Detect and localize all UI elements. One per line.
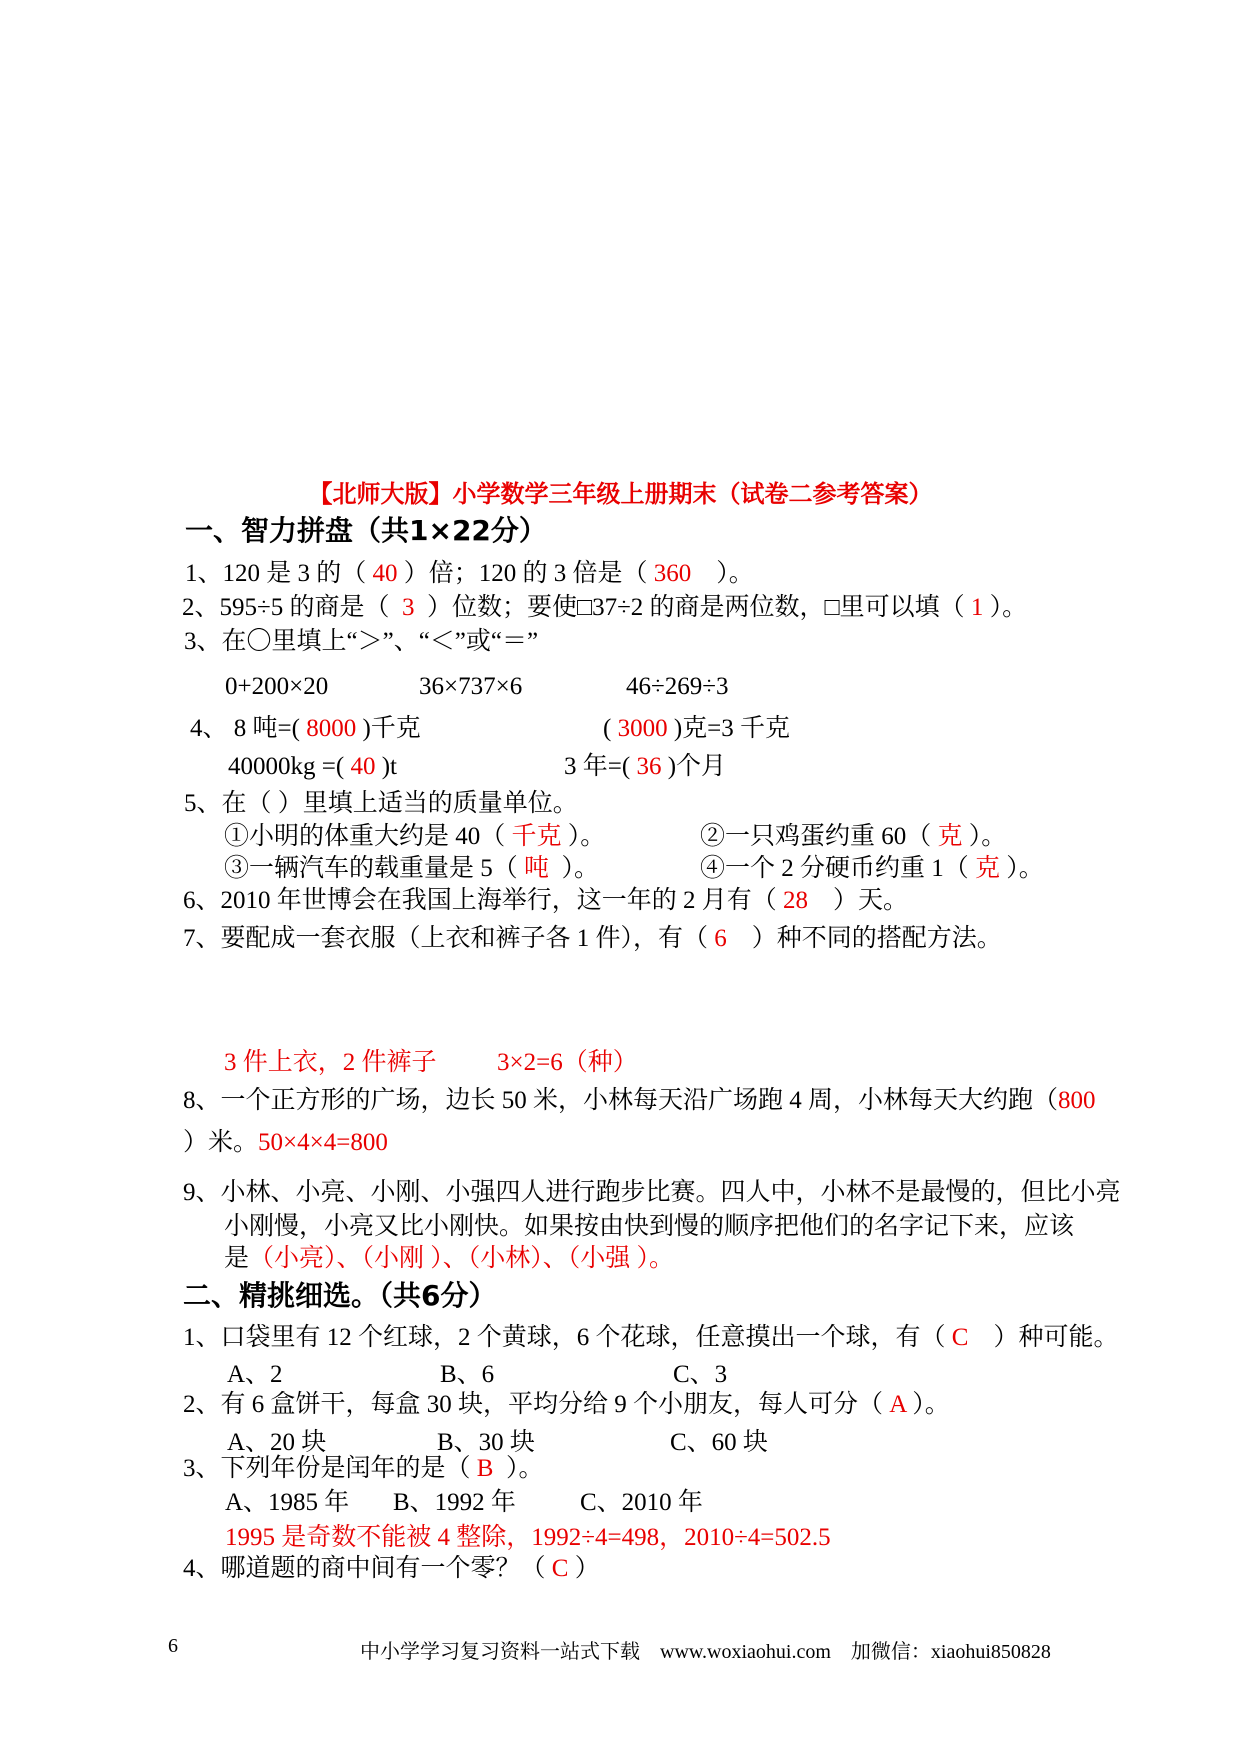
question-text: 6、2010 年世博会在我国上海举行，这一年的 2 月有（ [183,887,783,914]
question-9-line1: 9、小林、小亮、小刚、小强四人进行跑步比赛。四人中，小林不是最慢的，但比小亮 [183,1177,1121,1208]
question-text: 小刚慢，小亮又比小刚快。如果按由快到慢的顺序把他们的名字记下来，应该 [224,1213,1074,1240]
question-text: ）位数；要使□37÷2 的商是两位数，□里可以填（ [414,594,970,621]
question-text: 4、 8 吨=( [190,715,306,742]
answer-text: 克 [975,855,1000,882]
question-3-expression-2: 36×737×6 [419,671,522,702]
section2-question-3: 3、下列年份是闰年的是（ B ）。 [183,1453,543,1484]
question-7-answer-col2: 3×2=6（种） [497,1047,638,1078]
question-text: ③一辆汽车的载重量是 5（ [224,855,524,882]
question-text: ）。 [906,1391,950,1418]
question-text: ）种可能。 [968,1324,1118,1351]
question-text: 1、120 是 3 的（ [185,560,373,587]
question-text: ）。 [493,1455,543,1482]
question-3-expression-3: 46÷269÷3 [626,671,728,702]
answer-text: 800 [1058,1087,1096,1114]
question-text: ）倍；120 的 3 倍是（ [398,560,654,587]
question-2: 2、595÷5 的商是（ 3 ）位数；要使□37÷2 的商是两位数，□里可以填（… [182,592,1027,623]
section2-question-1: 1、口袋里有 12 个红球，2 个黄球，6 个花球，任意摸出一个球，有（ C ）… [183,1322,1118,1353]
question-4-row1-col2: ( 3000 )克=3 千克 [603,713,790,744]
section2-question-4: 4、哪道题的商中间有一个零？（ C ） [183,1553,600,1584]
question-text: ）。 [691,560,754,587]
question-text: 40000kg =( [228,753,350,780]
section2-q1-option-a: A、2 [227,1359,283,1390]
answer-text: 3000 [618,715,668,742]
question-text: 5、在（ ）里填上适当的质量单位。 [184,790,578,817]
question-text: 7、要配成一套衣服（上衣和裤子各 1 件），有（ [183,925,714,952]
question-text: )千克 [356,715,421,742]
question-1: 1、120 是 3 的（ 40 ）倍；120 的 3 倍是（ 360 ）。 [185,558,754,589]
question-text: 3、下列年份是闰年的是（ [183,1455,477,1482]
answer-text: 28 [783,887,808,914]
question-text: ④一个 2 分硬币约重 1（ [700,855,975,882]
question-text: ）米。 [183,1129,258,1156]
question-3: 3、在〇里填上“＞”、“＜”或“＝” [184,626,538,657]
answer-text: 6 [714,925,727,952]
question-text: )克=3 千克 [668,715,790,742]
answer-text: 40 [350,753,375,780]
section2-q2-option-c: C、60 块 [670,1427,768,1458]
section2-q3-option-b: B、1992 年 [393,1487,516,1518]
answer-text: 3×2=6（种） [497,1049,638,1076]
question-text: 2、595÷5 的商是（ [182,594,402,621]
question-text: 4、哪道题的商中间有一个零？（ [183,1555,552,1582]
question-5-item3: ③一辆汽车的载重量是 5（ 吨 ）。 [224,853,599,884]
question-4-row1-col1: 4、 8 吨=( 8000 )千克 [190,713,421,744]
answer-text: 吨 [524,855,549,882]
section1-heading: 一、智力拼盘（共1×22分） [185,509,547,549]
question-text: ①小明的体重大约是 40（ [224,823,512,850]
question-7: 7、要配成一套衣服（上衣和裤子各 1 件），有（ 6 ）种不同的搭配方法。 [183,923,1002,954]
question-9-line2: 小刚慢，小亮又比小刚快。如果按由快到慢的顺序把他们的名字记下来，应该 [224,1211,1074,1242]
question-5-item4: ④一个 2 分硬币约重 1（ 克 ）。 [700,853,1044,884]
answer-text: 1995 是奇数不能被 4 整除，1992÷4=498，2010÷4=502.5 [225,1524,831,1551]
section2-q3-option-a: A、1985 年 [225,1487,349,1518]
question-text: ②一只鸡蛋约重 60（ [700,823,938,850]
question-4-row2-col2: 3 年=( 36 )个月 [564,751,726,782]
section2-q1-option-b: B、6 [440,1359,494,1390]
section2-q3-explanation: 1995 是奇数不能被 4 整除，1992÷4=498，2010÷4=502.5 [225,1522,831,1553]
section2-q3-option-c: C、2010 年 [580,1487,703,1518]
answer-text: A [889,1391,906,1418]
question-8-line1: 8、一个正方形的广场，边长 50 米，小林每天沿广场跑 4 周，小林每天大约跑（… [183,1085,1096,1116]
question-4-row2-col1: 40000kg =( 40 )t [228,751,397,782]
question-text: ）天。 [808,887,908,914]
question-text: 3、在〇里填上“＞”、“＜”或“＝” [184,628,538,655]
question-text: ）。 [963,823,1007,850]
answer-text: 千克 [512,823,562,850]
question-3-expression-1: 0+200×20 [225,671,328,702]
question-text: ( [603,715,618,742]
answer-text: C [552,1555,569,1582]
answer-text: 3 件上衣，2 件裤子 [224,1049,437,1076]
answer-text: 50×4×4=800 [258,1129,388,1156]
question-text: ） [568,1555,599,1582]
question-text: ）。 [549,855,599,882]
question-5-item2: ②一只鸡蛋约重 60（ 克 ）。 [700,821,1006,852]
footer-site-info: 中小学学习复习资料一站式下载 www.woxiaohui.com 加微信：xia… [360,1635,1051,1664]
answer-text: 40 [373,560,398,587]
question-text: 8、一个正方形的广场，边长 50 米，小林每天沿广场跑 4 周，小林每天大约跑（ [183,1087,1058,1114]
question-text: 3 年=( [564,753,636,780]
answer-text: C [952,1324,969,1351]
question-8-line2: ）米。50×4×4=800 [183,1127,388,1158]
question-text: )个月 [661,753,726,780]
question-text: ）。 [562,823,606,850]
answer-text: B [477,1455,494,1482]
question-text: 2、有 6 盒饼干，每盒 30 块，平均分给 9 个小朋友，每人可分（ [183,1391,889,1418]
answer-text: 8000 [306,715,356,742]
section2-question-2: 2、有 6 盒饼干，每盒 30 块，平均分给 9 个小朋友，每人可分（ A ）。 [183,1389,950,1420]
answer-text: 36 [636,753,661,780]
question-7-answer-col1: 3 件上衣，2 件裤子 [224,1047,437,1078]
exam-title: 【北师大版】小学数学三年级上册期末（试卷二参考答案） [0,474,1241,509]
question-9-line3: 是（小亮）、（小刚 ）、（小林）、（小强 ）。 [224,1243,674,1274]
question-text: 1、口袋里有 12 个红球，2 个黄球，6 个花球，任意摸出一个球，有（ [183,1324,952,1351]
exam-answer-page: 【北师大版】小学数学三年级上册期末（试卷二参考答案） 一、智力拼盘（共1×22分… [0,0,1241,1754]
question-text: ）种不同的搭配方法。 [727,925,1002,952]
answer-text: 3 [402,594,415,621]
question-text: ）。 [983,594,1027,621]
question-text: ）。 [1000,855,1044,882]
footer-page-number: 6 [168,1635,178,1658]
section2-q1-option-c: C、3 [673,1359,727,1390]
section2-heading: 二、精挑细选。（共6分） [183,1274,496,1314]
question-text: 9、小林、小亮、小刚、小强四人进行跑步比赛。四人中，小林不是最慢的，但比小亮 [183,1179,1121,1206]
question-text: )t [375,753,397,780]
question-6: 6、2010 年世博会在我国上海举行，这一年的 2 月有（ 28 ）天。 [183,885,908,916]
question-5: 5、在（ ）里填上适当的质量单位。 [184,788,578,819]
answer-text: 1 [971,594,984,621]
question-text: 是 [224,1245,249,1272]
answer-text: （小亮）、（小刚 ）、（小林）、（小强 ）。 [249,1245,674,1272]
answer-text: 360 [654,560,692,587]
answer-text: 克 [938,823,963,850]
question-5-item1: ①小明的体重大约是 40（ 千克 ）。 [224,821,605,852]
